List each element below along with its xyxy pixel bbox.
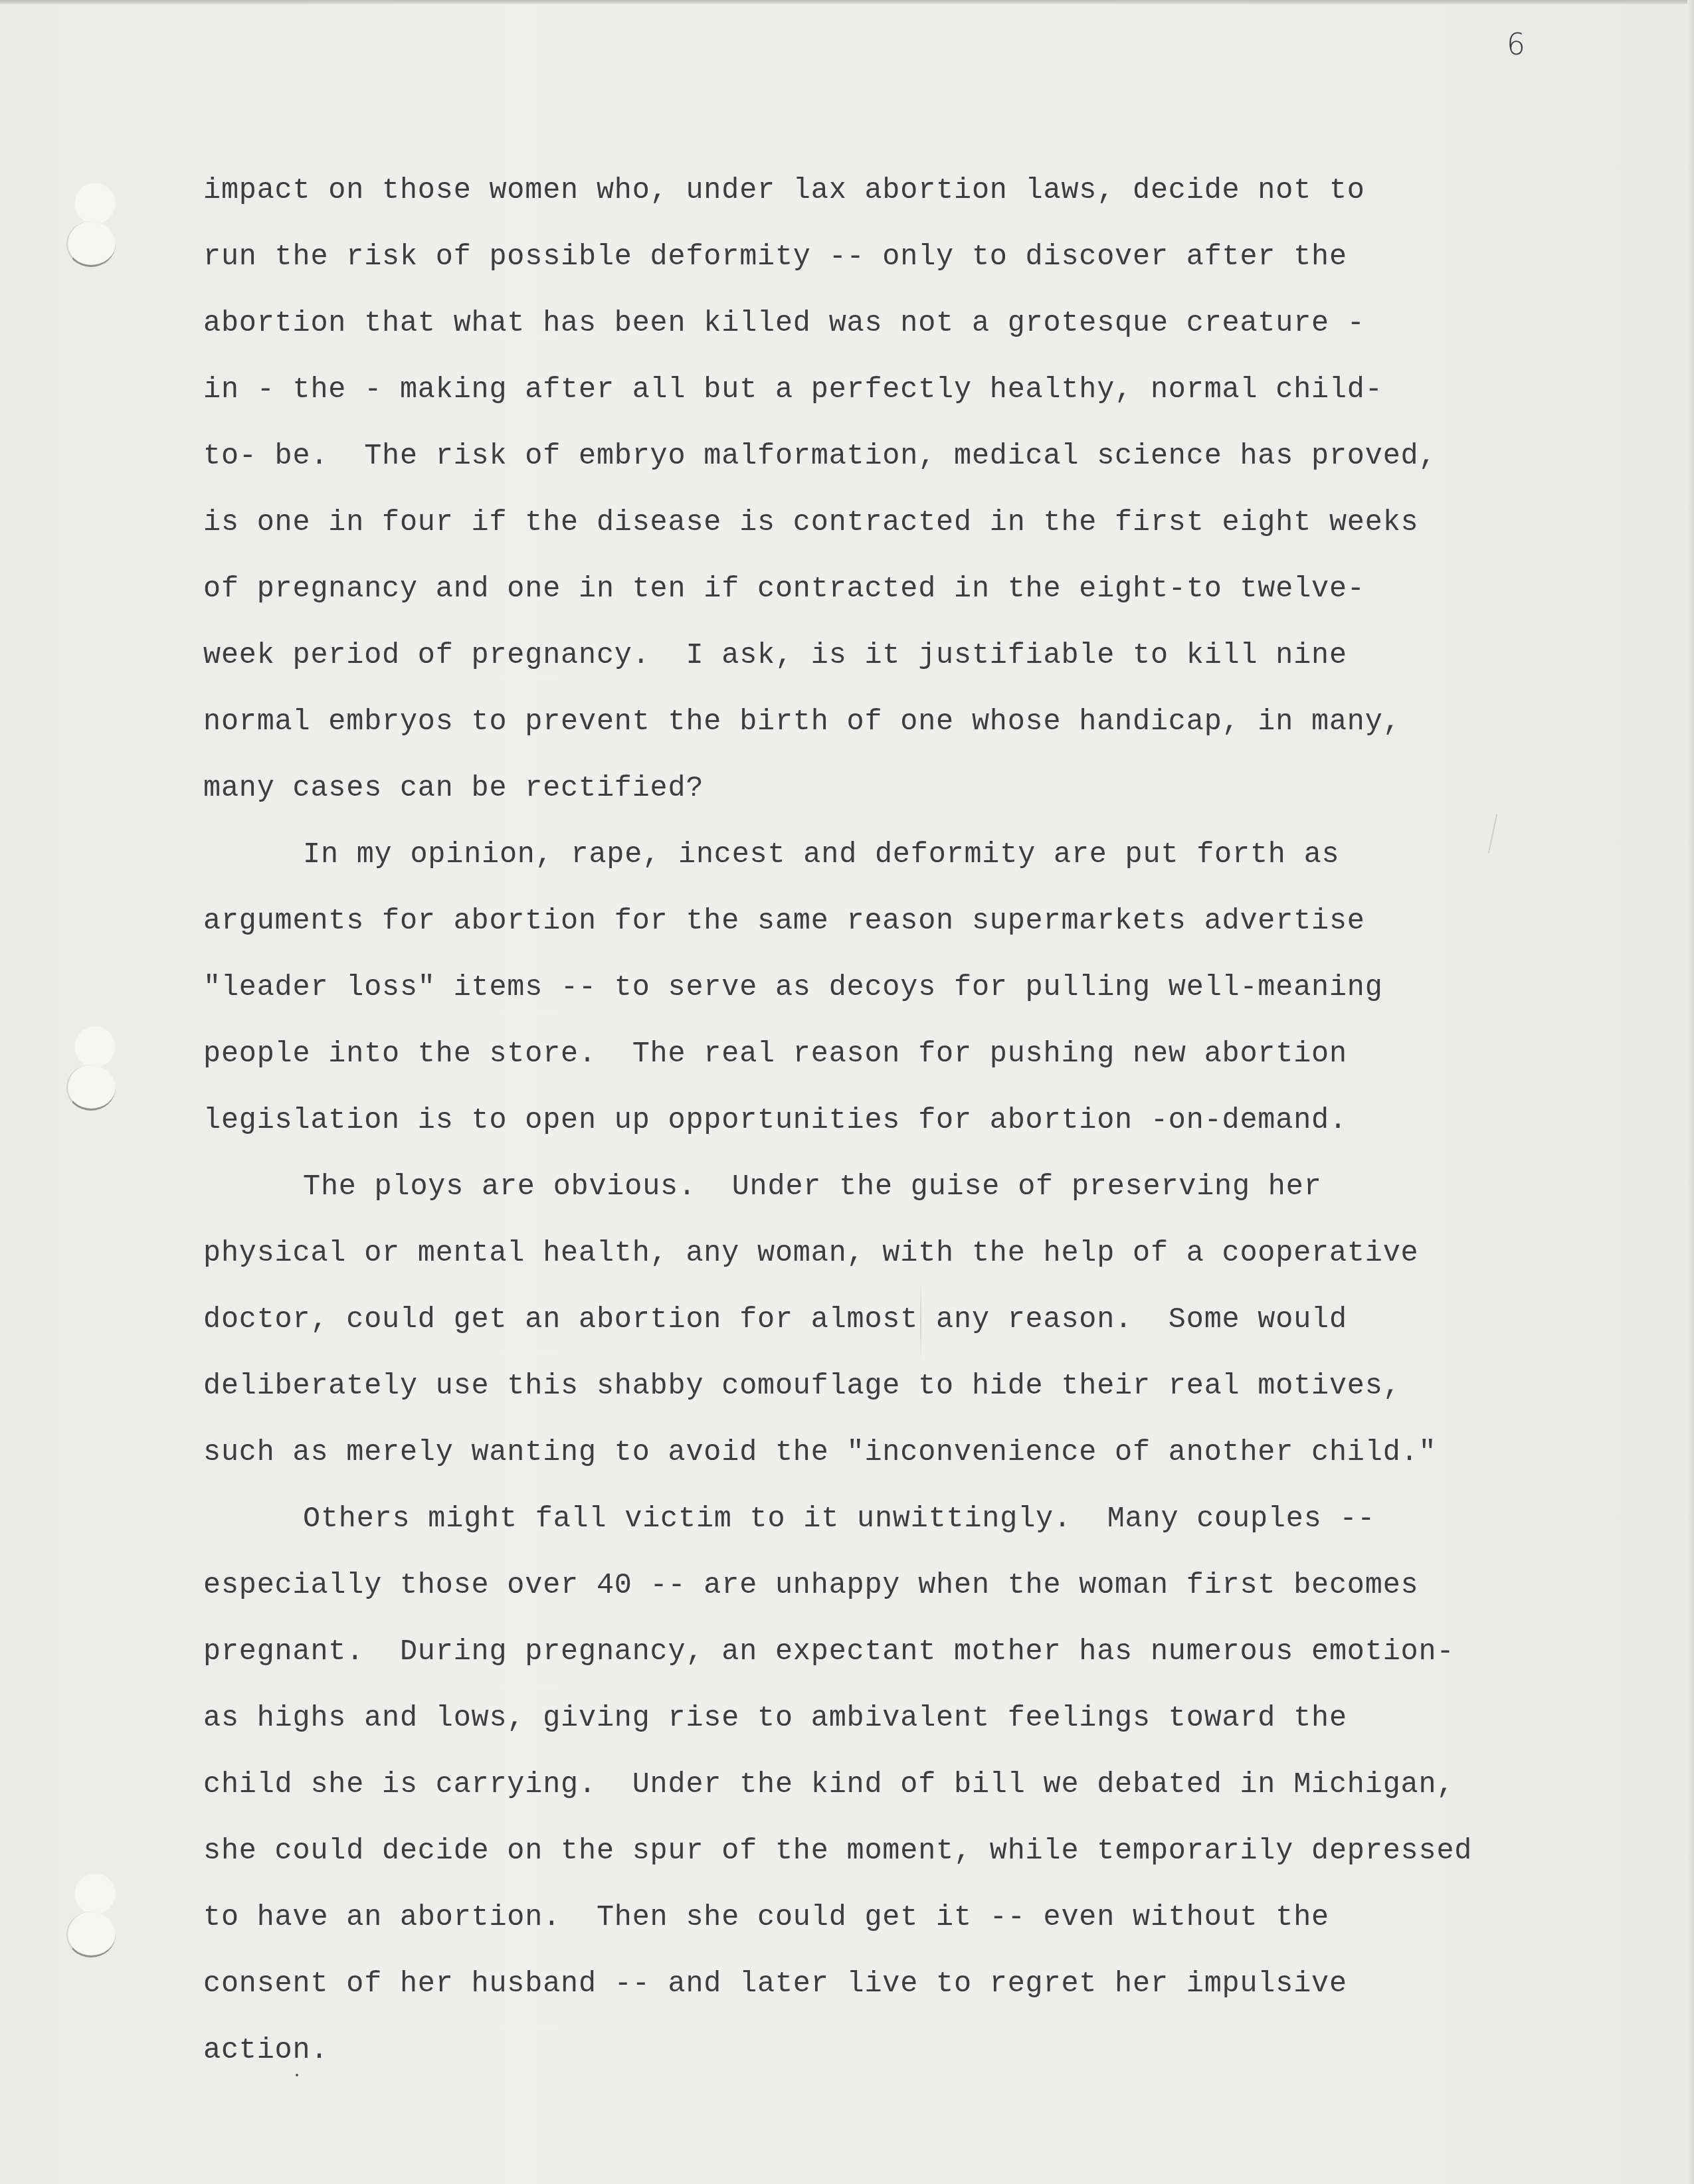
text-line: run the risk of possible deformity -- on… [203, 225, 1598, 291]
text-line: "leader loss" items -- to serve as decoy… [203, 955, 1598, 1022]
text-line: impact on those women who, under lax abo… [203, 158, 1598, 225]
text-line: she could decide on the spur of the mome… [203, 1819, 1598, 1885]
text-line: to- be. The risk of embryo malformation,… [203, 424, 1598, 490]
paragraph: impact on those women who, under lax abo… [203, 158, 1598, 822]
text-line: such as merely wanting to avoid the "inc… [203, 1420, 1598, 1487]
text-line: pregnant. During pregnancy, an expectant… [203, 1619, 1598, 1686]
paragraph: Others might fall victim to it unwitting… [203, 1487, 1598, 2084]
punch-hole-lobe [66, 221, 116, 267]
text-line: to have an abortion. Then she could get … [203, 1885, 1598, 1952]
page-number: 6 [1507, 28, 1525, 62]
punch-hole-lobe [66, 1912, 116, 1957]
text-line: abortion that what has been killed was n… [203, 291, 1598, 357]
punch-hole-lobe [74, 1873, 116, 1914]
text-line: child she is carrying. Under the kind of… [203, 1752, 1598, 1819]
text-line: arguments for abortion for the same reas… [203, 889, 1598, 955]
text-line: is one in four if the disease is contrac… [203, 490, 1598, 557]
text-line: The ploys are obvious. Under the guise o… [203, 1154, 1598, 1221]
text-line: many cases can be rectified? [203, 756, 1598, 822]
text-line: week period of pregnancy. I ask, is it j… [203, 623, 1598, 689]
text-line: consent of her husband -- and later live… [203, 1952, 1598, 2018]
typewritten-body: impact on those women who, under lax abo… [203, 158, 1598, 2084]
text-line: action. [203, 2018, 1598, 2084]
text-line: as highs and lows, giving rise to ambiva… [203, 1686, 1598, 1752]
punch-hole-bottom [66, 1873, 114, 1959]
page-top-edge [0, 0, 1694, 4]
text-line: Others might fall victim to it unwitting… [203, 1487, 1598, 1553]
text-line: legislation is to open up opportunities … [203, 1088, 1598, 1154]
punch-hole-top [66, 183, 114, 269]
ink-dot-mark [296, 2074, 298, 2076]
text-line: in - the - making after all but a perfec… [203, 357, 1598, 424]
punch-hole-lobe [74, 1026, 116, 1067]
text-line: normal embryos to prevent the birth of o… [203, 689, 1598, 756]
page-right-edge [1687, 0, 1694, 2184]
paragraph: The ploys are obvious. Under the guise o… [203, 1154, 1598, 1487]
text-line: deliberately use this shabby comouflage … [203, 1354, 1598, 1420]
text-line: physical or mental health, any woman, wi… [203, 1221, 1598, 1287]
text-line: In my opinion, rape, incest and deformit… [203, 822, 1598, 889]
punch-hole-middle [66, 1026, 114, 1113]
punch-hole-lobe [74, 183, 116, 224]
text-line: of pregnancy and one in ten if contracte… [203, 557, 1598, 623]
paragraph: In my opinion, rape, incest and deformit… [203, 822, 1598, 1154]
text-line: doctor, could get an abortion for almost… [203, 1287, 1598, 1354]
text-line: especially those over 40 -- are unhappy … [203, 1553, 1598, 1619]
punch-hole-lobe [66, 1065, 116, 1111]
text-line: people into the store. The real reason f… [203, 1022, 1598, 1088]
